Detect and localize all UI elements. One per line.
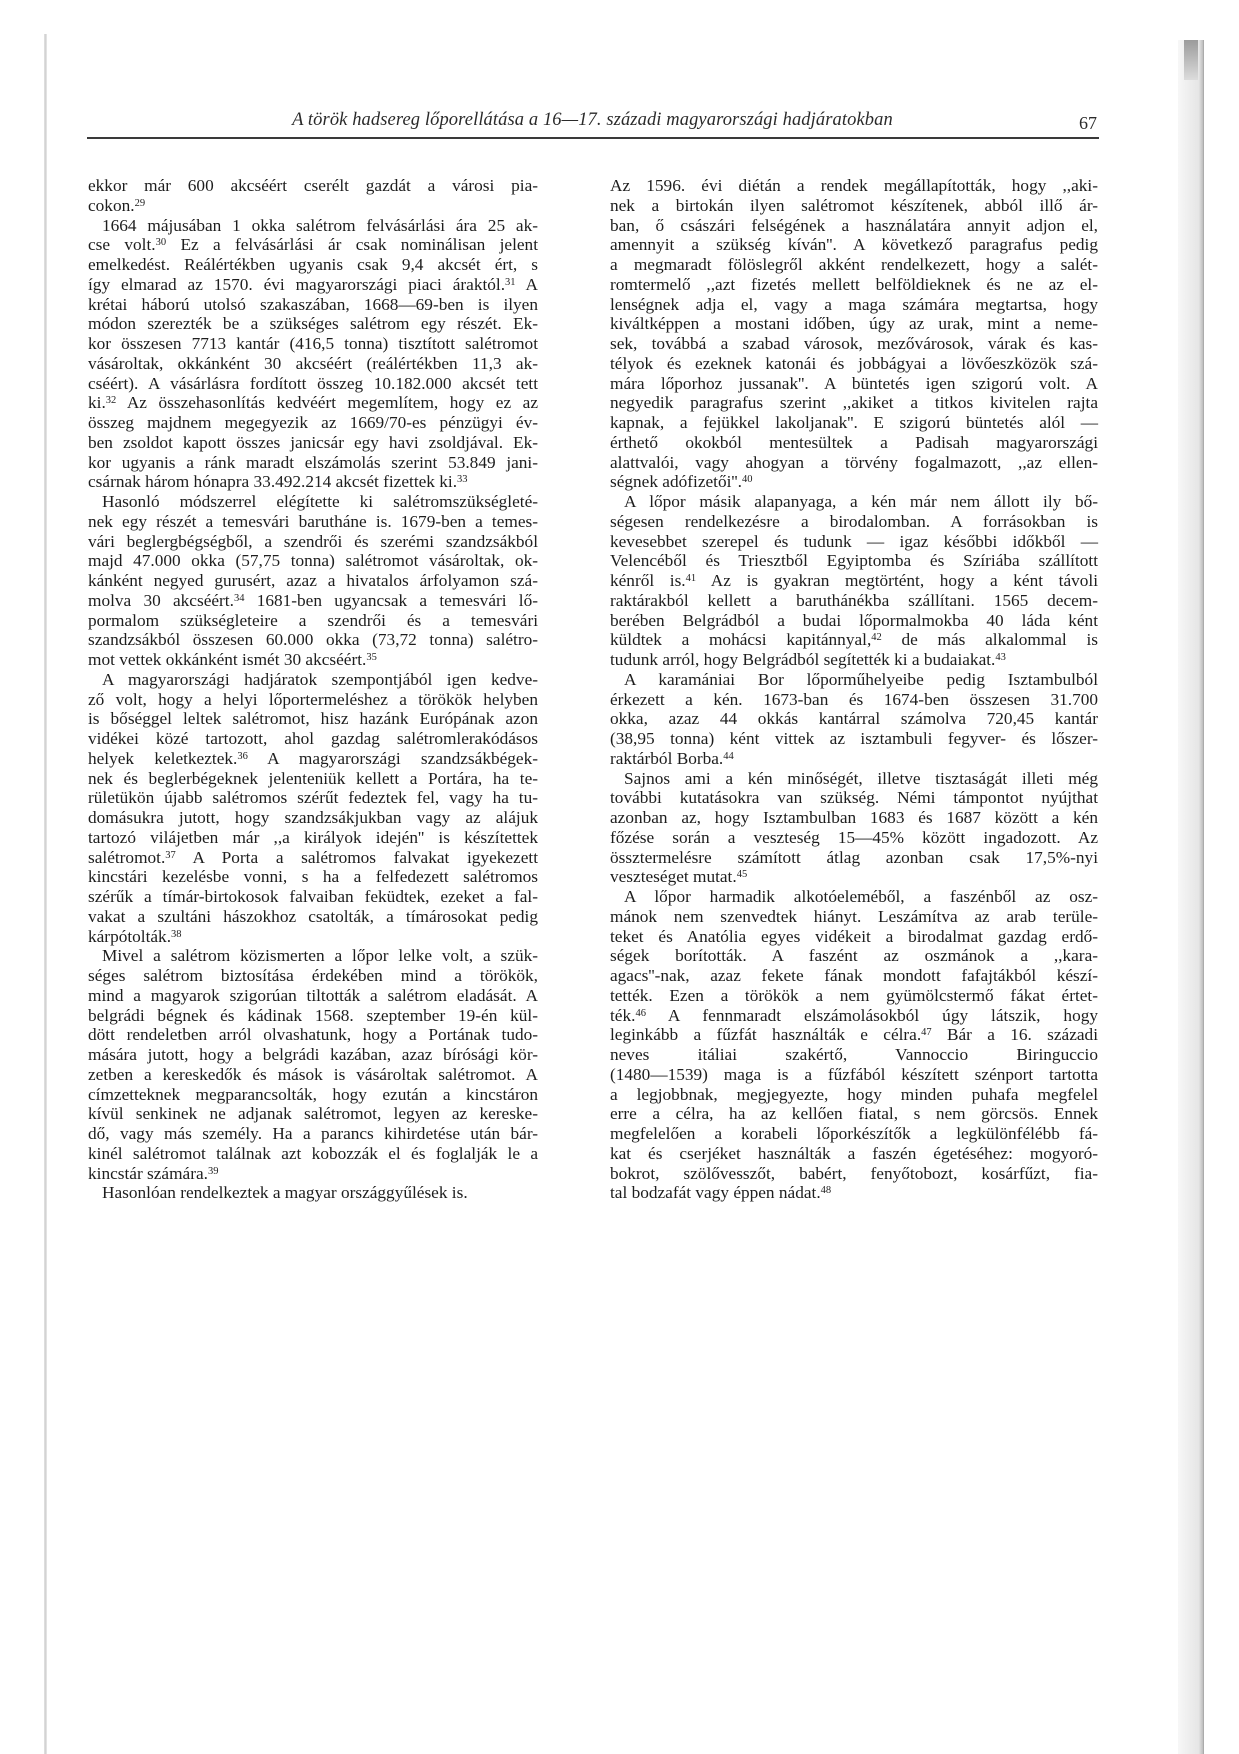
text-line: küldtek a mohácsi kapitánnyal,42 de más …	[610, 630, 1098, 650]
text-line: kevesebbet szerepel és tudunk — igaz kés…	[610, 532, 1098, 552]
text-line: leginkább a fűzfát használták e célra.47…	[610, 1025, 1098, 1045]
text-line: vakat a szultáni hászokhoz csatolták, a …	[88, 907, 538, 927]
text-line: is bőséggel leltek salétromot, hisz hazá…	[88, 709, 538, 729]
text-line: érthető okokból mentesültek a Padisah ma…	[610, 433, 1098, 453]
footnote-ref: 40	[742, 474, 753, 485]
text-line: rületükön újabb salétromos szérűt fedezt…	[88, 788, 538, 808]
text-line: címzetteknek megparancsolták, hogy ezutá…	[88, 1085, 538, 1105]
text-line: Az 1596. évi diétán a rendek megállapíto…	[610, 176, 1098, 196]
text-line: tal bodzafát vagy éppen nádat.48	[610, 1183, 1098, 1203]
text-line: kincstár számára.39	[88, 1164, 538, 1184]
footnote-ref: 46	[635, 1008, 646, 1019]
text-line: berében Belgrádból a budai lőpormalmokba…	[610, 611, 1098, 631]
text-line: (38,95 tonna) ként vittek az isztambuli …	[610, 729, 1098, 749]
page-binding-shadow	[1178, 40, 1204, 1754]
text-line: kénről is.41 Az is gyakran megtörtént, h…	[610, 571, 1098, 591]
footnote-ref: 37	[165, 850, 176, 861]
text-line: nek egy részét a temesvári barutháne is.…	[88, 512, 538, 532]
footnote-ref: 34	[234, 593, 245, 604]
text-line: Velencéből és Triesztből Egyiptomba és S…	[610, 551, 1098, 571]
right-column: Az 1596. évi diétán a rendek megállapíto…	[610, 176, 1098, 1203]
paragraph: Az 1596. évi diétán a rendek megállapíto…	[610, 176, 1098, 492]
text-line: (1480—1539) maga is a fűzfából készített…	[610, 1065, 1098, 1085]
text-line: kat és cserjéket használták a faszén ége…	[610, 1144, 1098, 1164]
text-line: ségek borították. A faszént az oszmánok …	[610, 946, 1098, 966]
text-line: okka, azaz 44 okkás kantárral számolva 7…	[610, 709, 1098, 729]
text-line: vásároltak, okkánként 30 akcséért (reálé…	[88, 354, 538, 374]
text-line: belgrádi bégnek és kádinak 1568. szeptem…	[88, 1006, 538, 1026]
text-line: raktárakból kellett a baruthánékba száll…	[610, 591, 1098, 611]
text-line: nek és beglerbégeknek jelenteniük kellet…	[88, 769, 538, 789]
text-line: mára lőporhoz jussanak''. A büntetés ige…	[610, 374, 1098, 394]
text-line: kiváltképpen a mostani időben, úgy az ur…	[610, 314, 1098, 334]
paragraph: A magyarországi hadjáratok szempontjából…	[88, 670, 538, 947]
footnote-ref: 41	[686, 573, 697, 584]
text-line: mind a magyarok szigorúan tiltották a sa…	[88, 986, 538, 1006]
running-head: A török hadsereg lőporellátása a 16—17. …	[88, 110, 1097, 136]
text-line: Hasonló módszerrel elégítette ki salétro…	[88, 492, 538, 512]
text-line: mot vettek okkánként ismét 30 akcséért.3…	[88, 650, 538, 670]
text-line: módon szerezték be a szükséges salétrom …	[88, 314, 538, 334]
text-line: krétai háború utolsó szakaszában, 1668—6…	[88, 295, 538, 315]
text-line: megfelelően a korabeli lőporkészítők a l…	[610, 1124, 1098, 1144]
text-line: emelkedést. Reálértékben ugyanis csak 9,…	[88, 255, 538, 275]
header-rule	[87, 137, 1099, 139]
text-line: cséért). A vásárlásra fordított összeg 1…	[88, 374, 538, 394]
text-line: romtermelő ,,azt fizetés mellett belföld…	[610, 275, 1098, 295]
text-line: kor ugyanis a ránk maradt elszámolás sze…	[88, 453, 538, 473]
text-line: a megmaradt fölöslegről akként rendelkez…	[610, 255, 1098, 275]
footnote-ref: 36	[237, 751, 248, 762]
text-line: kapnak, a fejükkel lakoljanak''. E szigo…	[610, 413, 1098, 433]
text-line: érkezett a kén. 1673-ban és 1674-ben öss…	[610, 690, 1098, 710]
text-line: a legjobbnak, megjegyezte, hogy minden p…	[610, 1085, 1098, 1105]
text-line: kor összesen 7713 kantár (416,5 tonna) t…	[88, 334, 538, 354]
footnote-ref: 31	[505, 277, 516, 288]
text-line: veszteséget mutat.45	[610, 867, 1098, 887]
text-line: azonban az, hogy Isztambulban 1683 és 16…	[610, 808, 1098, 828]
footnote-ref: 47	[921, 1027, 932, 1038]
text-line: lenségnek adja el, vagy a maga számára m…	[610, 295, 1098, 315]
text-line: cokon.29	[88, 196, 538, 216]
text-line: Mivel a salétrom közismerten a lőpor lel…	[88, 946, 538, 966]
text-line: tudunk arról, hogy Belgrádból segítették…	[610, 650, 1098, 670]
text-line: Hasonlóan rendelkeztek a magyar országgy…	[88, 1183, 538, 1203]
text-line: erre a célra, ha az kellően fiatal, s ne…	[610, 1104, 1098, 1124]
paragraph: Sajnos ami a kén minőségét, illetve tisz…	[610, 769, 1098, 888]
text-line: így elmarad az 1570. évi magyarországi p…	[88, 275, 538, 295]
footnote-ref: 35	[366, 652, 377, 663]
text-line: kinél salétromot találnak azt kobozzák e…	[88, 1144, 538, 1164]
text-line: tartozó vilájetben már ,,a királyok idej…	[88, 828, 538, 848]
page-number: 67	[1079, 113, 1097, 134]
text-line: negyedik paragrafus szerint ,,akiket a t…	[610, 393, 1098, 413]
text-line: nek a birtokán ilyen salétromot készíten…	[610, 196, 1098, 216]
text-line: A karamániai Bor lőporműhelyeibe pedig I…	[610, 670, 1098, 690]
text-line: salétromot.37 A Porta a salétromos falva…	[88, 848, 538, 868]
paragraph: 1664 májusában 1 okka salétrom felvásárl…	[88, 216, 538, 493]
text-line: 1664 májusában 1 okka salétrom felvásárl…	[88, 216, 538, 236]
text-line: ségnek adófizetői''.40	[610, 472, 1098, 492]
text-line: alattvalói, vagy ahogyan a törvény fogal…	[610, 453, 1098, 473]
paragraph: Hasonló módszerrel elégítette ki salétro…	[88, 492, 538, 670]
text-line: ző volt, hogy a helyi lőportermeléshez a…	[88, 690, 538, 710]
page-edge-left	[44, 34, 47, 1754]
text-line: szérűk a tímár-birtokosok falvaiban fekü…	[88, 887, 538, 907]
text-line: A magyarországi hadjáratok szempontjából…	[88, 670, 538, 690]
text-line: A lőpor harmadik alkotóeleméből, a faszé…	[610, 887, 1098, 907]
text-line: agacs''-nak, azaz fekete fának mondott f…	[610, 966, 1098, 986]
text-line: sek, továbbá a szabad városok, mezőváros…	[610, 334, 1098, 354]
text-line: vári beglergbégségből, a szendrői és sze…	[88, 532, 538, 552]
text-line: tették. Ezen a törökök a nem gyümölcster…	[610, 986, 1098, 1006]
text-line: vidékei közé tartozott, ahol gazdag salé…	[88, 729, 538, 749]
text-line: Sajnos ami a kén minőségét, illetve tisz…	[610, 769, 1098, 789]
text-line: mására jutott, hogy a belgrádi kazában, …	[88, 1045, 538, 1065]
text-line: domásukra jutott, hogy szandzsákjukban v…	[88, 808, 538, 828]
page-binding-shadow-top	[1184, 40, 1198, 80]
paragraph: A lőpor harmadik alkotóeleméből, a faszé…	[610, 887, 1098, 1203]
paragraph: Hasonlóan rendelkeztek a magyar országgy…	[88, 1183, 538, 1203]
text-line: további kutatásokra van szükség. Némi tá…	[610, 788, 1098, 808]
text-line: télyok és ezeknek katonái és jobbágyai a…	[610, 354, 1098, 374]
text-line: ekkor már 600 akcséért cserélt gazdát a …	[88, 176, 538, 196]
text-line: kánként negyed gurusért, azaz a hivatalo…	[88, 571, 538, 591]
text-line: össztermelésre számított átlag azonban c…	[610, 848, 1098, 868]
text-line: teket és Anatólia egyes vidékeit a birod…	[610, 927, 1098, 947]
text-line: ki.32 Az összehasonlítás kedvéért megeml…	[88, 393, 538, 413]
text-line: zetben a kereskedők és mások is vásárolt…	[88, 1065, 538, 1085]
text-line: majd 47.000 okka (57,75 tonna) salétromo…	[88, 551, 538, 571]
text-line: A lőpor másik alapanyaga, a kén már nem …	[610, 492, 1098, 512]
footnote-ref: 32	[106, 395, 117, 406]
text-line: főzése során a veszteség 15—45% között i…	[610, 828, 1098, 848]
text-line: kárpótolták.38	[88, 927, 538, 947]
text-line: csárnak három hónapra 33.492.214 akcsét …	[88, 472, 538, 492]
footnote-ref: 43	[995, 652, 1006, 663]
text-line: amennyit a szükség kíván''. A következő …	[610, 235, 1098, 255]
text-line: ben zsoldot kapott összes janicsár egy h…	[88, 433, 538, 453]
text-line: bokrot, szölővesszőt, babért, fenyőtoboz…	[610, 1164, 1098, 1184]
footnote-ref: 45	[737, 869, 748, 880]
paragraph: A lőpor másik alapanyaga, a kén már nem …	[610, 492, 1098, 670]
footnote-ref: 48	[821, 1185, 832, 1196]
footnote-ref: 39	[208, 1166, 219, 1177]
paragraph: A karamániai Bor lőporműhelyeibe pedig I…	[610, 670, 1098, 769]
paragraph: Mivel a salétrom közismerten a lőpor lel…	[88, 946, 538, 1183]
text-line: szandzsákból összesen 60.000 okka (73,72…	[88, 630, 538, 650]
text-line: ségesen rendelkezésre a birodalomban. A …	[610, 512, 1098, 532]
text-line: ték.46 A fennmaradt elszámolásokból úgy …	[610, 1006, 1098, 1026]
left-column: ekkor már 600 akcséért cserélt gazdát a …	[88, 176, 538, 1203]
text-line: raktárból Borba.44	[610, 749, 1098, 769]
footnote-ref: 33	[457, 474, 468, 485]
text-line: mánok nem szenvedtek hiányt. Leszámítva …	[610, 907, 1098, 927]
text-line: séges salétrom biztosítása érdekében min…	[88, 966, 538, 986]
footnote-ref: 29	[135, 198, 146, 209]
text-line: ban, ő császári felségének a használatár…	[610, 216, 1098, 236]
text-line: cse volt.30 Ez a felvásárlási ár csak no…	[88, 235, 538, 255]
text-line: pormalom szükségleteire a szendrői és a …	[88, 611, 538, 631]
footnote-ref: 44	[723, 751, 734, 762]
text-line: kincstári kezelésbe vonni, s ha a felfed…	[88, 867, 538, 887]
footnote-ref: 30	[156, 237, 167, 248]
text-line: összeg majdnem megegyezik az 1669/70-es …	[88, 413, 538, 433]
text-line: dő, vagy más személy. Ha a parancs kihir…	[88, 1124, 538, 1144]
footnote-ref: 42	[871, 632, 882, 643]
text-line: kívül senkinek ne adjanak salétromot, le…	[88, 1104, 538, 1124]
paragraph: ekkor már 600 akcséért cserélt gazdát a …	[88, 176, 538, 216]
text-line: dött rendeletben arról olvashatunk, hogy…	[88, 1025, 538, 1045]
text-line: molva 30 akcséért.34 1681-ben ugyancsak …	[88, 591, 538, 611]
text-line: neves itáliai szakértő, Vannoccio Biring…	[610, 1045, 1098, 1065]
running-head-title: A török hadsereg lőporellátása a 16—17. …	[88, 110, 1097, 131]
footnote-ref: 38	[171, 929, 182, 940]
text-line: helyek keletkeztek.36 A magyarországi sz…	[88, 749, 538, 769]
